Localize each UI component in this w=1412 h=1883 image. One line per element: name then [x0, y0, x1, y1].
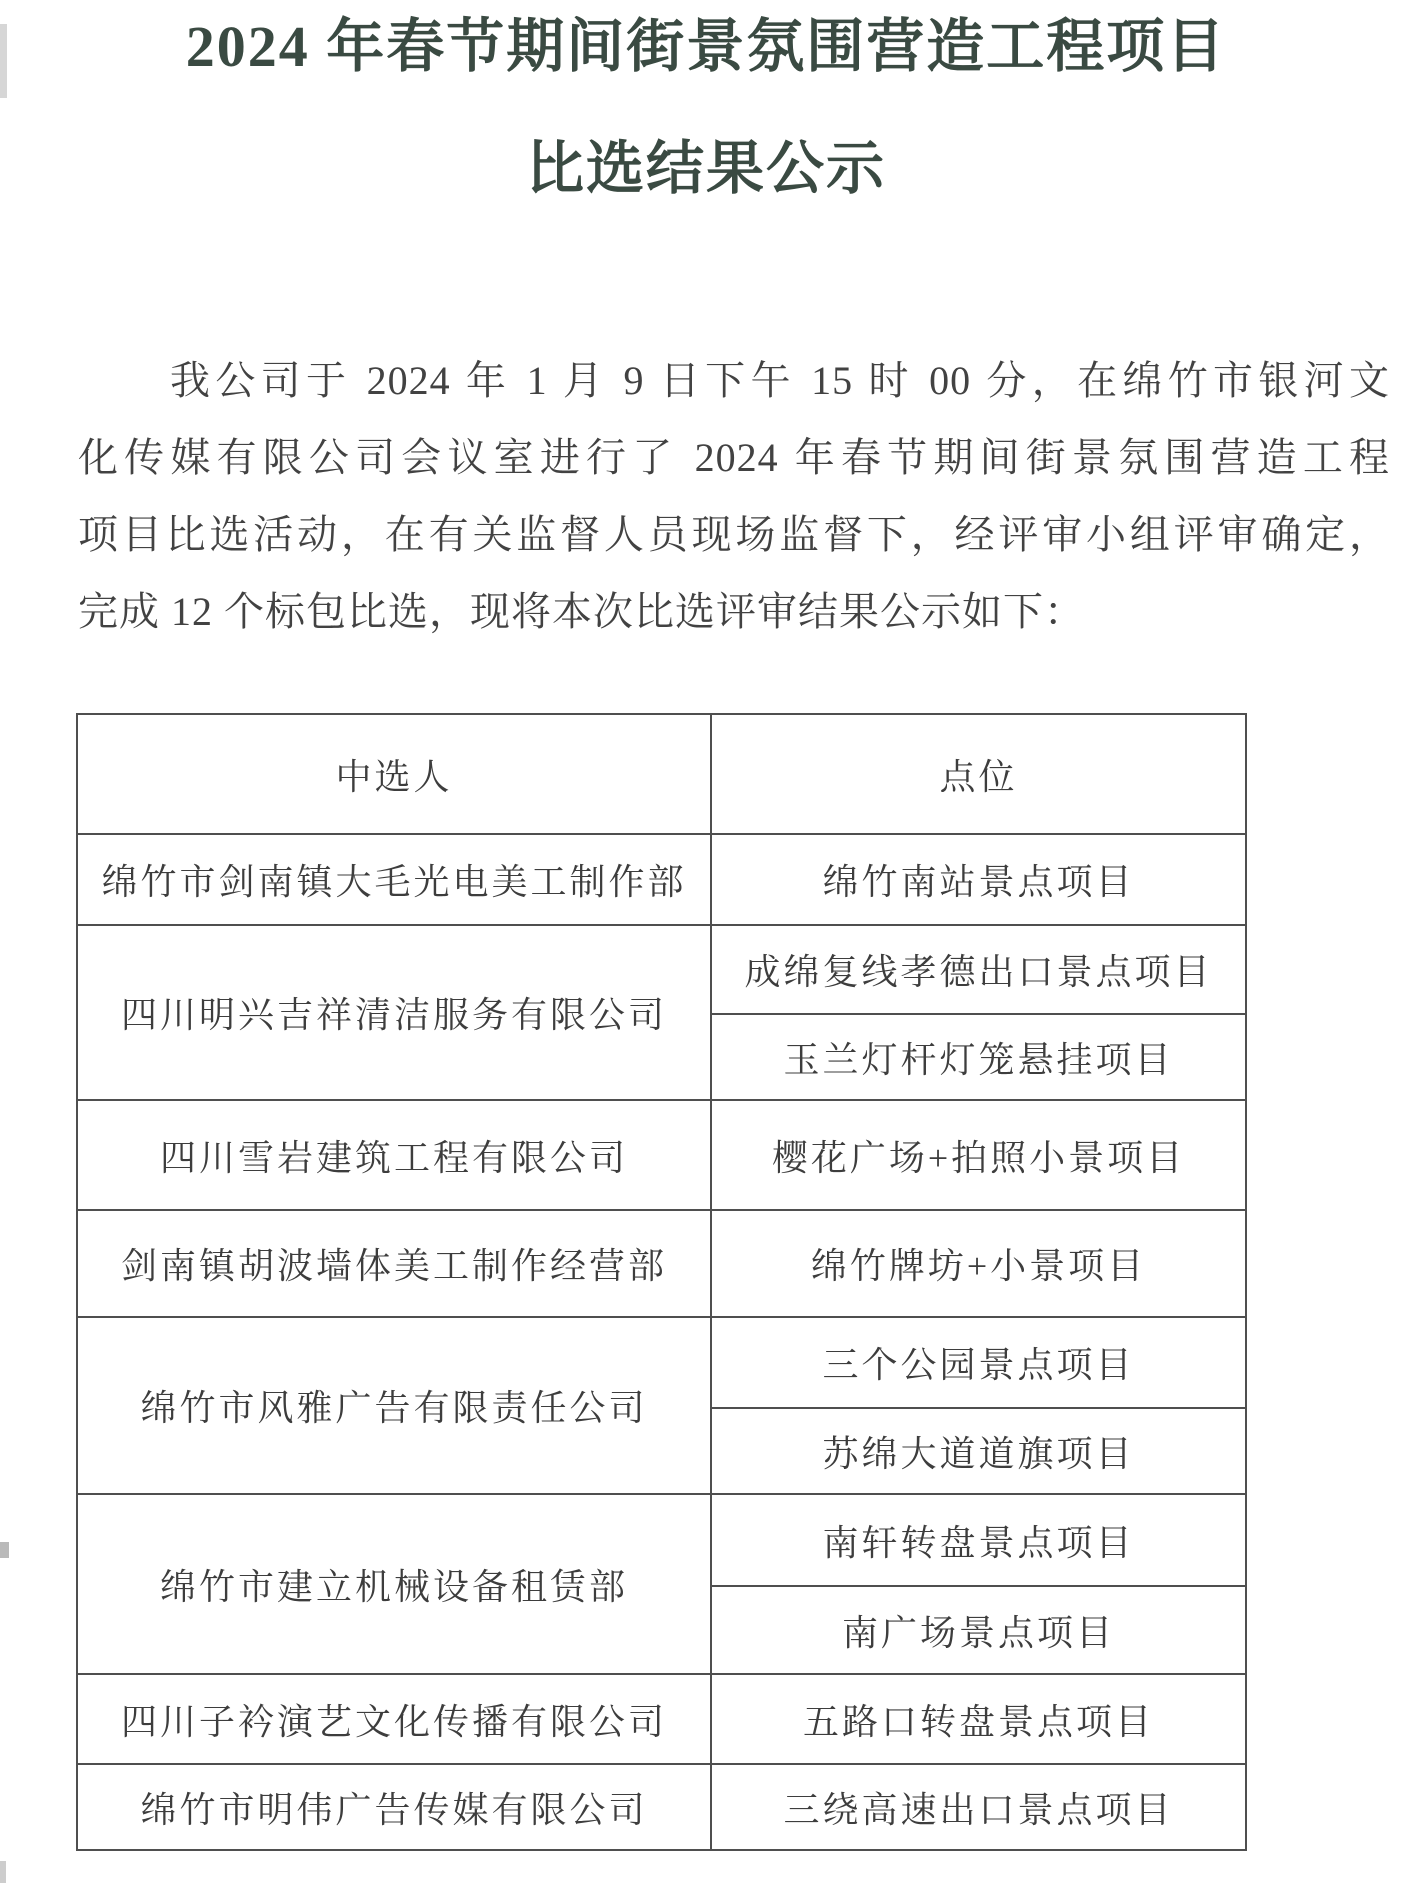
location-cell: 玉兰灯杆灯笼悬挂项目	[711, 1014, 1246, 1100]
results-table-header: 中选人 点位	[77, 714, 1246, 834]
location-cell: 三绕高速出口景点项目	[711, 1764, 1246, 1850]
results-table-body: 绵竹市剑南镇大毛光电美工制作部绵竹南站景点项目四川明兴吉祥清洁服务有限公司成绵复…	[77, 834, 1246, 1850]
location-cell: 五路口转盘景点项目	[711, 1674, 1246, 1764]
location-cell: 苏绵大道道旗项目	[711, 1408, 1246, 1494]
table-row: 四川明兴吉祥清洁服务有限公司成绵复线孝德出口景点项目	[77, 925, 1246, 1014]
winner-cell: 剑南镇胡波墙体美工制作经营部	[77, 1210, 711, 1317]
table-row: 绵竹市明伟广告传媒有限公司三绕高速出口景点项目	[77, 1764, 1246, 1850]
scan-artifact	[0, 1861, 6, 1883]
table-row: 绵竹市建立机械设备租赁部南轩转盘景点项目	[77, 1494, 1246, 1586]
body-paragraph: 我公司于 2024 年 1 月 9 日下午 15 时 00 分，在绵竹市银河文 …	[78, 342, 1390, 650]
location-cell: 南广场景点项目	[711, 1586, 1246, 1674]
winner-cell: 绵竹市风雅广告有限责任公司	[77, 1317, 711, 1494]
table-row: 绵竹市风雅广告有限责任公司三个公园景点项目	[77, 1317, 1246, 1408]
document-title: 2024 年春节期间街景氛围营造工程项目 比选结果公示	[0, 6, 1412, 210]
table-row: 四川雪岩建筑工程有限公司樱花广场+拍照小景项目	[77, 1100, 1246, 1210]
table-row: 绵竹市剑南镇大毛光电美工制作部绵竹南站景点项目	[77, 834, 1246, 925]
paragraph-line: 项目比选活动，在有关监督人员现场监督下，经评审小组评审确定，	[78, 496, 1390, 573]
winner-cell: 绵竹市建立机械设备租赁部	[77, 1494, 711, 1674]
location-cell: 樱花广场+拍照小景项目	[711, 1100, 1246, 1210]
location-cell: 绵竹牌坊+小景项目	[711, 1210, 1246, 1317]
document-page: 2024 年春节期间街景氛围营造工程项目 比选结果公示 我公司于 2024 年 …	[0, 0, 1412, 1883]
scan-artifact	[0, 1542, 9, 1558]
location-cell: 绵竹南站景点项目	[711, 834, 1246, 925]
winner-cell: 四川子衿演艺文化传播有限公司	[77, 1674, 711, 1764]
results-table: 中选人 点位 绵竹市剑南镇大毛光电美工制作部绵竹南站景点项目四川明兴吉祥清洁服务…	[76, 713, 1247, 1851]
location-cell: 三个公园景点项目	[711, 1317, 1246, 1408]
winner-cell: 四川雪岩建筑工程有限公司	[77, 1100, 711, 1210]
winner-cell: 绵竹市明伟广告传媒有限公司	[77, 1764, 711, 1850]
header-cell-location: 点位	[711, 714, 1246, 834]
winner-cell: 绵竹市剑南镇大毛光电美工制作部	[77, 834, 711, 925]
title-line-2: 比选结果公示	[0, 128, 1412, 210]
title-line-1: 2024 年春节期间街景氛围营造工程项目	[0, 6, 1412, 88]
paragraph-line: 化传媒有限公司会议室进行了 2024 年春节期间街景氛围营造工程	[78, 419, 1390, 496]
winner-cell: 四川明兴吉祥清洁服务有限公司	[77, 925, 711, 1100]
table-row: 剑南镇胡波墙体美工制作经营部绵竹牌坊+小景项目	[77, 1210, 1246, 1317]
paragraph-line: 我公司于 2024 年 1 月 9 日下午 15 时 00 分，在绵竹市银河文	[78, 342, 1390, 419]
location-cell: 南轩转盘景点项目	[711, 1494, 1246, 1586]
paragraph-line: 完成 12 个标包比选，现将本次比选评审结果公示如下：	[78, 573, 1390, 650]
header-row: 中选人 点位	[77, 714, 1246, 834]
header-cell-winner: 中选人	[77, 714, 711, 834]
table-row: 四川子衿演艺文化传播有限公司五路口转盘景点项目	[77, 1674, 1246, 1764]
location-cell: 成绵复线孝德出口景点项目	[711, 925, 1246, 1014]
